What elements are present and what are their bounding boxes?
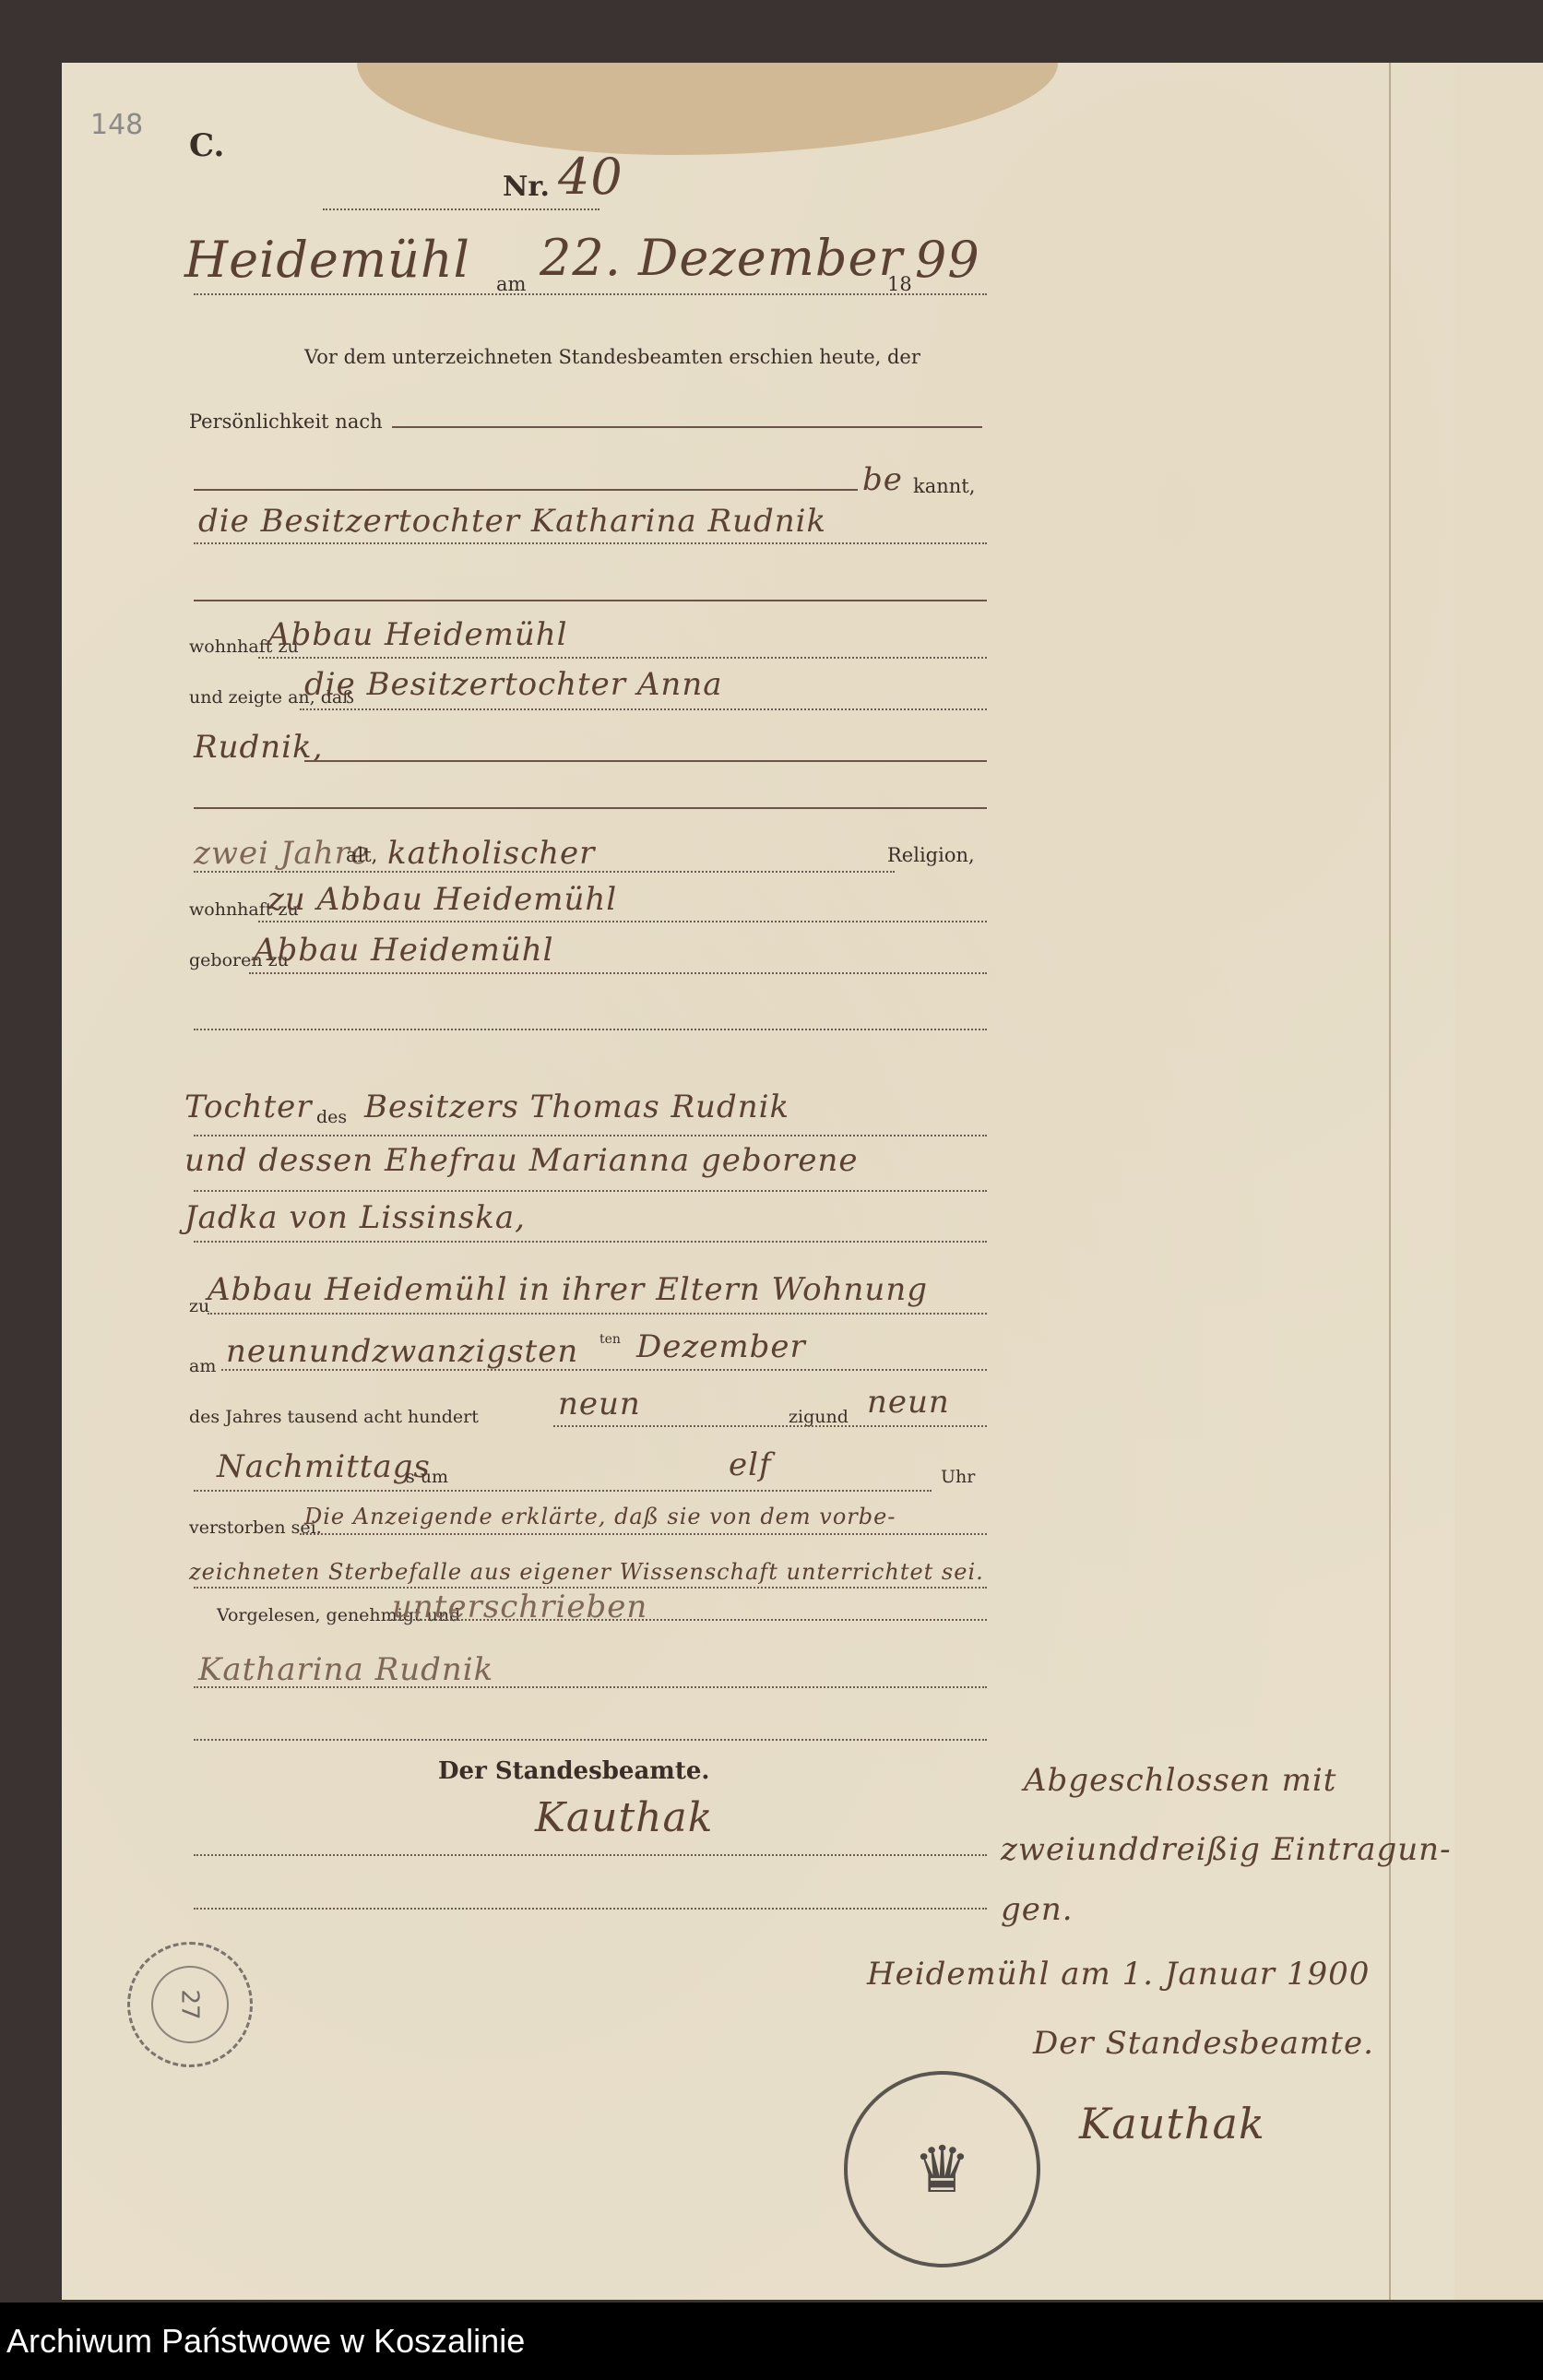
- death-place-label: zu: [189, 1296, 209, 1316]
- blank-line: [194, 489, 858, 491]
- declaration-line-2: [304, 760, 987, 762]
- death-year-line: [553, 1425, 987, 1427]
- closing-note-line5: Der Standesbeamte.: [1033, 2025, 1374, 2062]
- eagle-icon: ♛: [913, 2132, 971, 2207]
- um-label: s um: [406, 1467, 448, 1487]
- identity-line: [392, 426, 982, 428]
- closing-note-line2: zweiunddreißig Eintragun-: [1001, 1831, 1452, 1868]
- age-label: alt,: [346, 844, 377, 866]
- religion: katholischer: [387, 835, 595, 872]
- death-day: neunundzwanzigsten: [226, 1333, 578, 1370]
- deceased-residence-line: [258, 921, 987, 922]
- registrar-title: Der Standesbeamte.: [438, 1757, 709, 1785]
- informant-signature: Katharina Rudnik: [198, 1651, 493, 1688]
- death-statement-line2: zeichneten Sterbefalle aus eigener Wisse…: [189, 1559, 984, 1585]
- death-statement-line1: Die Anzeigende erklärte, daß sie von dem…: [304, 1504, 896, 1529]
- place-date-line: [194, 293, 987, 295]
- death-place-line: [208, 1313, 987, 1315]
- informant: die Besitzertochter Katharina Rudnik: [198, 503, 826, 540]
- age-religion-line: [194, 871, 895, 873]
- approval-line: [387, 1619, 987, 1621]
- intro-text: Vor dem unterzeichneten Standesbeamten e…: [304, 346, 920, 368]
- signature-line: [194, 1686, 987, 1688]
- religion-label: Religion,: [887, 844, 975, 866]
- institution-name: Archiwum Państwowe w Koszalinie: [6, 2322, 525, 2361]
- blank-line-6: [194, 1908, 987, 1910]
- death-year-label: des Jahres tausend acht hundert: [189, 1407, 479, 1427]
- year-suffix: 99: [915, 231, 980, 289]
- parents-line-2: [194, 1190, 987, 1192]
- death-year-units: neun: [867, 1384, 950, 1421]
- parents-line3: Jadka von Lissinska,: [184, 1199, 526, 1236]
- closing-note-line1: Abgeschlossen mit: [1024, 1762, 1336, 1799]
- death-part-of-day: Nachmittags: [217, 1448, 431, 1485]
- closing-note-line4: Heidemühl am 1. Januar 1900: [867, 1956, 1370, 1993]
- death-year-tens: neun: [558, 1386, 641, 1422]
- registrar-line: [194, 1854, 987, 1856]
- zigund-label: zigund: [789, 1407, 849, 1427]
- office-seal: ♛: [844, 2071, 1040, 2267]
- record-number: 40: [558, 148, 623, 206]
- parents-label: des: [316, 1107, 347, 1127]
- birthplace-line: [249, 972, 987, 974]
- death-time-line: [194, 1490, 932, 1492]
- parents-line2: und dessen Ehefrau Marianna geborene: [184, 1142, 859, 1179]
- date: 22. Dezember: [540, 229, 903, 287]
- death-statement-line-1: [300, 1533, 987, 1535]
- death-place: Abbau Heidemühl in ihrer Eltern Wohnung: [208, 1271, 928, 1308]
- death-hour: elf: [729, 1446, 772, 1483]
- death-day-suffix: ten: [599, 1332, 621, 1347]
- page-fold: [1389, 63, 1391, 2300]
- declaration-line: [300, 708, 987, 710]
- place: Heidemühl: [184, 231, 470, 289]
- water-stain: [357, 63, 1058, 155]
- uhr-label: Uhr: [941, 1467, 975, 1487]
- parents-line1: Besitzers Thomas Rudnik: [364, 1089, 789, 1125]
- form-letter: C.: [189, 127, 224, 164]
- am-label: am: [496, 273, 526, 295]
- blank-line-5: [194, 1739, 987, 1741]
- archive-stamp-number: 27: [176, 1989, 204, 2019]
- parents-line-3: [194, 1241, 987, 1243]
- blank-line-4: [194, 1029, 987, 1030]
- birthplace: Abbau Heidemühl: [254, 932, 554, 969]
- deceased-residence: zu Abbau Heidemühl: [267, 881, 617, 918]
- identity-suffix: kannt,: [913, 475, 975, 497]
- identity-prefix: be: [862, 461, 903, 498]
- year-prefix: 18: [887, 273, 912, 295]
- informant-residence: Abbau Heidemühl: [267, 616, 568, 653]
- identity-label: Persönlichkeit nach: [189, 411, 383, 433]
- closing-note-signature: Kauthak: [1079, 2099, 1265, 2148]
- informant-residence-line: [258, 657, 987, 659]
- death-month: Dezember: [636, 1328, 806, 1365]
- archive-footer: Archiwum Państwowe w Koszalinie: [0, 2303, 1543, 2380]
- death-day-label: am: [189, 1356, 216, 1376]
- blank-line-3: [194, 807, 987, 809]
- registrar-signature: Kauthak: [535, 1794, 713, 1841]
- age: zwei Jahre: [194, 835, 370, 872]
- death-day-line: [221, 1369, 987, 1371]
- closing-note-line3: gen.: [1001, 1891, 1074, 1928]
- record-number-label: Nr.: [503, 171, 550, 203]
- parents-line-1: [194, 1135, 987, 1136]
- parents-prefix: Tochter: [184, 1089, 312, 1125]
- record-number-line: [323, 208, 599, 210]
- informant-line: [194, 542, 987, 544]
- archive-page-number: 148: [90, 109, 143, 141]
- blank-line-2: [194, 600, 987, 601]
- declaration-line1: die Besitzertochter Anna: [304, 666, 722, 703]
- archive-stamp: 27: [127, 1942, 253, 2067]
